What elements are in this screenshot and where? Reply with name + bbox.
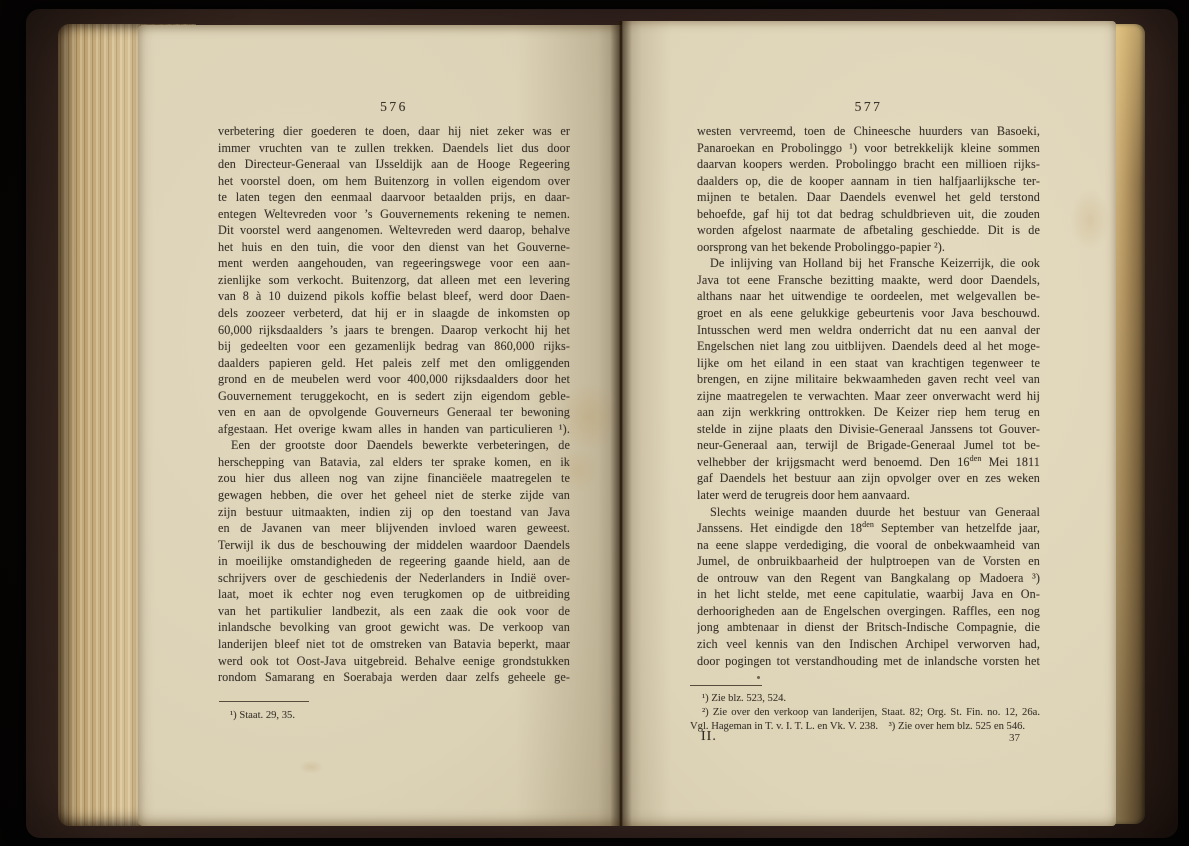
text-line: daalders papieren geld. Het paleis zelf … xyxy=(218,355,570,372)
footnotes-right: ¹) Zie blz. 523, 524.²) Zie over den ver… xyxy=(690,692,1040,734)
text-line: zou hier dus alleen nog van zijne financ… xyxy=(218,470,570,487)
signature-number: 37 xyxy=(697,732,1040,744)
text-line: groet en als eene gelukkige gebeurtenis … xyxy=(697,305,1040,322)
text-line: laat, moet ik echter nog even terugkomen… xyxy=(218,586,570,603)
text-column-right: westen vervreemd, toen de Chineesche huu… xyxy=(697,123,1040,669)
text-line: stelde in zijne plaats den Divisie-Gener… xyxy=(697,421,1040,438)
text-line: van 8 à 10 duizend pikols koffie belast … xyxy=(218,288,570,305)
text-line: Dit voorstel werd aangenomen. Weltevrede… xyxy=(218,222,570,239)
text-line: landerijen bleef niet tot de omstreken v… xyxy=(218,636,570,653)
text-line: van het partikulier landbezit, als een z… xyxy=(218,603,570,620)
text-line: den Directeur-Generaal van IJsseldijk aa… xyxy=(218,156,570,173)
text-line: althans naar het uitwendige te oordeelen… xyxy=(697,288,1040,305)
text-line: derhoorigheden aan de Engelschen overgin… xyxy=(697,603,1040,620)
text-line: Gouvernement teruggekocht, en is sedert … xyxy=(218,388,570,405)
text-line: entegen Weltevreden voor ’s Gouvernement… xyxy=(218,206,570,223)
text-line: en de Javanen van meer blijvenden invloe… xyxy=(218,520,570,537)
text-line: Een der grootste door Daendels bewerkte … xyxy=(218,437,570,454)
stain xyxy=(298,760,324,774)
text-line: de ontrouw van den Regent van Bangkalang… xyxy=(697,570,1040,587)
text-line: het huis en den tuin, die voor den diens… xyxy=(218,239,570,256)
text-line: in moeilijke omstandigheden de regeering… xyxy=(218,553,570,570)
text-line: westen vervreemd, toen de Chineesche huu… xyxy=(697,123,1040,140)
stain xyxy=(1070,189,1110,251)
text-line: na eene slappe verdediging, die vooral d… xyxy=(697,537,1040,554)
text-line: daalders op, die de kooper aannam in tie… xyxy=(697,173,1040,190)
text-line: rondom Samarang en Soerabaja werden daar… xyxy=(218,669,570,686)
text-line: De inlijving van Holland bij het Fransch… xyxy=(697,255,1040,272)
text-line: ven en aan de opvolgende Gouverneurs Gen… xyxy=(218,404,570,421)
page-edges-right xyxy=(1114,24,1145,824)
text-line: velhebber der krijgsmacht werd benoemd. … xyxy=(697,454,1040,471)
text-line: dels zoozeer verbeterd, dat hij er in sl… xyxy=(218,305,570,322)
text-line: behoefde, gaf hij tot dat bedrag schuldb… xyxy=(697,206,1040,223)
text-line: 60,000 rijksdaalders ’s jaars te brengen… xyxy=(218,322,570,339)
footnote-rule-left xyxy=(219,701,309,702)
text-line: later werd de terugreis door hem aanvaar… xyxy=(697,487,1040,504)
text-line: te laten tegen den eenmaal daarvoor beta… xyxy=(218,189,570,206)
footnote: ²) Zie over den verkoop van landerijen, … xyxy=(690,706,1040,720)
text-line: aan zijn werkkring onttrokken. De Keizer… xyxy=(697,404,1040,421)
text-line: Terwijl ik dus de beschouwing der middel… xyxy=(218,537,570,554)
text-line: mijnen te betalen. Daar Daendels evenwel… xyxy=(697,189,1040,206)
text-line: brengen, en zijne militaire bekwaamheden… xyxy=(697,371,1040,388)
text-line: immer vruchten van te zullen trekken. Da… xyxy=(218,140,570,157)
text-line: zijne maatregelen te verwachten. Maar ze… xyxy=(697,388,1040,405)
footnote: ¹) Zie blz. 523, 524. xyxy=(690,692,1040,706)
text-line: grond en de meubelen werd voor 400,000 r… xyxy=(218,371,570,388)
text-line: neur-Generaal aan, terwijl de Brigade-Ge… xyxy=(697,437,1040,454)
gutter-shadow xyxy=(610,21,632,826)
text-column-left: verbetering dier goederen te doen, daar … xyxy=(218,123,570,686)
text-line: zienlijke som verkocht. Buitenzorg, dat … xyxy=(218,272,570,289)
text-line: gaf Daendels het bestuur aan zijn opvolg… xyxy=(697,470,1040,487)
text-line: Jumel, de onbruikbaarheid der hulptroepe… xyxy=(697,553,1040,570)
text-line: afgestaan. Het overige kwam alles in han… xyxy=(218,421,570,438)
text-line: schrijvers over de geschiedenis der Nede… xyxy=(218,570,570,587)
text-line: het voorstel doen, om hem Buitenzorg in … xyxy=(218,173,570,190)
page-number-left: 576 xyxy=(218,99,570,115)
text-line: gewagen hebben, die over het geheel niet… xyxy=(218,487,570,504)
footnote: ¹) Staat. 29, 35. xyxy=(218,709,570,723)
photo-background: 576 verbetering dier goederen te doen, d… xyxy=(0,0,1189,846)
text-line: Janssens. Het eindigde den 18den Septemb… xyxy=(697,520,1040,537)
text-line: worden afgelost naarmate de afbetaling g… xyxy=(697,222,1040,239)
ink-speck xyxy=(757,676,760,679)
footnotes-left: ¹) Staat. 29, 35. xyxy=(218,709,570,723)
text-line: daarvan koopers werden. Probolinggo brac… xyxy=(697,156,1040,173)
text-line: Panaroekan en Probolinggo ¹) voor betrek… xyxy=(697,140,1040,157)
page-number-right: 577 xyxy=(697,99,1040,115)
text-line: bij gedeelten voor een gezamenlijk bedra… xyxy=(218,338,570,355)
text-line: Engelschen niet lang zou uitblijven. Dae… xyxy=(697,338,1040,355)
text-line: lijke om het eiland in een staat van kra… xyxy=(697,355,1040,372)
text-line: Intusschen werd men weldra onderricht da… xyxy=(697,322,1040,339)
footnote-rule-right xyxy=(690,685,762,686)
text-line: Slechts weinige maanden duurde het bestu… xyxy=(697,504,1040,521)
text-line: verbetering dier goederen te doen, daar … xyxy=(218,123,570,140)
text-line: oorsprong van het bekende Probolinggo-pa… xyxy=(697,239,1040,256)
text-line: ment werden aangehouden, van regeeringsw… xyxy=(218,255,570,272)
text-line: inlandsche bevolking van groot gewicht w… xyxy=(218,619,570,636)
text-line: in het licht stelde, met eene capitulati… xyxy=(697,586,1040,603)
text-line: herschepping van Batavia, zal elders ter… xyxy=(218,454,570,471)
text-line: zich veel kennis van den Indischen Archi… xyxy=(697,636,1040,653)
text-line: Java tot eene Fransche bezitting maakte,… xyxy=(697,272,1040,289)
text-line: door pogingen tot verstandhouding met de… xyxy=(697,653,1040,670)
text-line: jong ambtenaar in dienst der Britsch-Ind… xyxy=(697,619,1040,636)
text-line: zijn bestuur uitmaakten, indien zij op d… xyxy=(218,504,570,521)
text-line: werd ook tot Oost-Java uitgebreid. Behal… xyxy=(218,653,570,670)
